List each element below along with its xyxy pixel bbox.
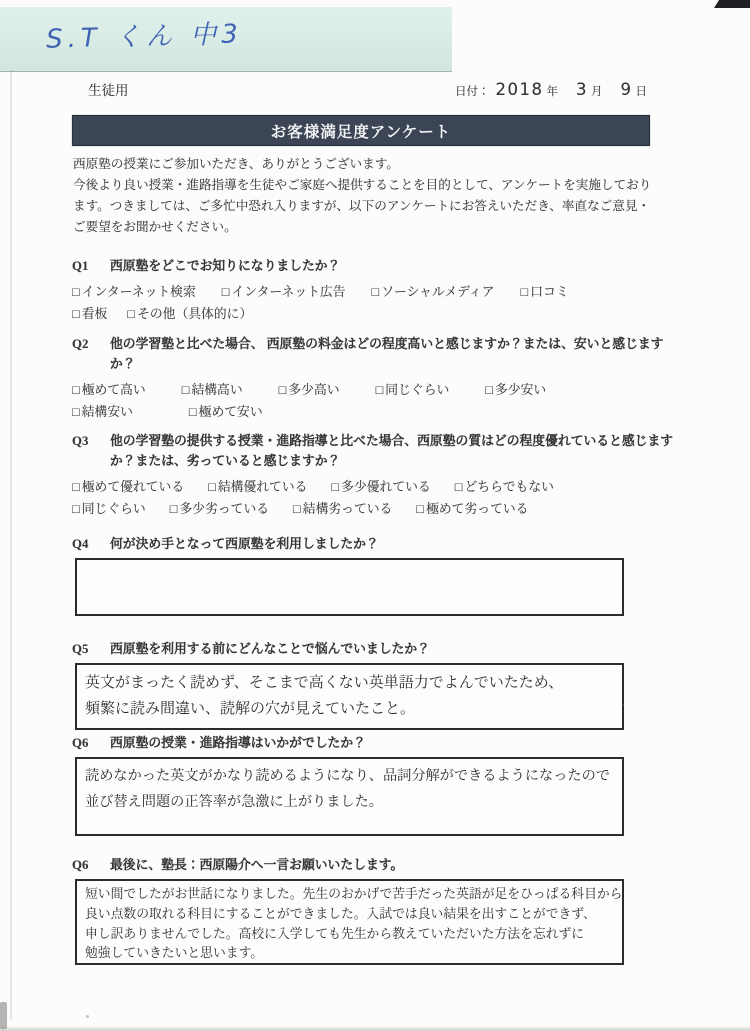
- option-row: □結構安い □極めて安い: [72, 401, 654, 423]
- answer-line: 並び替え問題の正答率が急激に上がりました。: [85, 789, 614, 815]
- intro-line: 今後より良い授業・進路指導を生徒やご家庭へ提供することを目的として、アンケートを…: [73, 175, 651, 196]
- option-label: 結構安い: [82, 401, 133, 423]
- checkbox-icon: □: [416, 498, 424, 520]
- option-quite-superior: □結構優れている: [208, 476, 307, 498]
- intro-line: 西原塾の授業にご参加いただき、ありがとうございます。: [73, 154, 651, 175]
- option-label: 極めて優れている: [82, 476, 184, 498]
- intro-line: ます。つきましては、ご多忙中恐れ入りますが、以下のアンケートにお答えいただき、率…: [73, 196, 651, 217]
- option-label: 多少優れている: [341, 476, 431, 498]
- option-extremely-cheap: □極めて安い: [189, 401, 263, 423]
- option-label: 口コミ: [530, 281, 568, 303]
- question-number: Q5: [72, 639, 110, 659]
- option-neither: □どちらでもない: [455, 476, 554, 498]
- question-final-message: Q6 最後に、塾長：西原陽介へ一言お願いいたします。 短い間でしたがお世話になり…: [72, 855, 654, 965]
- option-social-media: □ソーシャルメディア: [372, 281, 495, 303]
- question-heading: Q1 西原塾をどこでお知りになりましたか？: [72, 256, 654, 276]
- checkbox-icon: □: [208, 476, 216, 498]
- date-month-unit: 月: [591, 83, 603, 99]
- question-text: 西原塾をどこでお知りになりましたか？: [110, 256, 340, 276]
- answer-line: 英文がまったく読めず、そこまで高くない英単語力でよんでいたため、: [85, 669, 614, 695]
- checkbox-icon: □: [127, 303, 135, 325]
- option-word-of-mouth: □口コミ: [521, 281, 569, 303]
- date-year-unit: 年: [547, 83, 559, 99]
- question-q6: Q6 西原塾の授業・進路指導はいかがでしたか？ 読めなかった英文がかなり読めるよ…: [72, 733, 654, 836]
- question-heading: Q6 西原塾の授業・進路指導はいかがでしたか？: [72, 733, 654, 753]
- survey-title-banner: お客様満足度アンケート: [72, 115, 650, 146]
- option-label: 極めて劣っている: [426, 498, 528, 520]
- question-text: 他の学習塾の提供する授業・進路指導と比べた場合、西原塾の質はどの程度優れていると…: [110, 431, 673, 451]
- date-year-value: 2018: [496, 80, 544, 99]
- option-label: ソーシャルメディア: [381, 281, 494, 303]
- checkbox-icon: □: [485, 379, 493, 401]
- date-day-value: 9: [621, 80, 633, 99]
- name-tape: S.T くん 中3: [0, 7, 452, 72]
- option-label: 同じぐらい: [82, 498, 146, 520]
- intro-paragraph: 西原塾の授業にご参加いただき、ありがとうございます。 今後より良い授業・進路指導…: [73, 154, 651, 238]
- option-extremely-inferior: □極めて劣っている: [416, 498, 528, 520]
- option-row: □看板 □その他（具体的に）: [72, 303, 654, 325]
- scan-smudge: [0, 1002, 7, 1029]
- scan-speck: [622, 704, 624, 706]
- question-q2: Q2 他の学習塾と比べた場合、 西原塾の料金はどの程度高いと感じますか？または、…: [72, 334, 654, 423]
- option-internet-ad: □インターネット広告: [222, 281, 346, 303]
- option-quite-cheap: □結構安い: [72, 401, 133, 423]
- option-internet-search: □インターネット検索: [72, 281, 196, 303]
- checkbox-icon: □: [372, 281, 380, 303]
- question-text: 西原塾を利用する前にどんなことで悩んでいましたか？: [110, 639, 430, 659]
- answer-box-q5: 英文がまったく読めず、そこまで高くない英単語力でよんでいたため、 頻繁に読み間違…: [75, 663, 624, 730]
- answer-box-final: 短い間でしたがお世話になりました。先生のおかげで苦手だった英語が足をひっぱる科目…: [75, 879, 624, 965]
- date-day-unit: 日: [636, 83, 648, 99]
- option-label: 結構高い: [191, 379, 242, 401]
- checkbox-icon: □: [72, 303, 80, 325]
- option-label: インターネット広告: [232, 281, 346, 303]
- answer-box-q6: 読めなかった英文がかなり読めるようになり、品詞分解ができるようになったので 並び…: [75, 757, 624, 836]
- option-about-same-price: □同じぐらい: [376, 379, 450, 401]
- checkbox-icon: □: [376, 379, 384, 401]
- option-label: 同じぐらい: [385, 379, 449, 401]
- option-other: □その他（具体的に）: [127, 303, 252, 325]
- option-somewhat-superior: □多少優れている: [331, 476, 430, 498]
- option-somewhat-cheap: □多少安い: [485, 379, 546, 401]
- question-q1: Q1 西原塾をどこでお知りになりましたか？ □インターネット検索 □インターネッ…: [72, 256, 654, 325]
- option-label: インターネット検索: [82, 281, 196, 303]
- option-row: □極めて優れている □結構優れている □多少優れている □どちらでもない: [72, 476, 654, 498]
- question-heading: Q6 最後に、塾長：西原陽介へ一言お願いいたします。: [72, 855, 654, 875]
- option-quite-inferior: □結構劣っている: [293, 498, 392, 520]
- checkbox-icon: □: [331, 476, 339, 498]
- answer-line: 良い点数の取れる科目にすることができました。入試では良い結果を出すことができず、: [85, 905, 614, 925]
- scan-corner-artifact: [714, 0, 750, 8]
- option-label: どちらでもない: [464, 476, 553, 498]
- answer-line: 勉強していきたいと思います。: [85, 944, 614, 964]
- checkbox-icon: □: [189, 401, 197, 423]
- answer-line: 短い間でしたがお世話になりました。先生のおかげで苦手だった英語が足をひっぱる科目…: [85, 885, 614, 905]
- checkbox-icon: □: [72, 476, 80, 498]
- option-label: 結構劣っている: [303, 498, 393, 520]
- option-somewhat-inferior: □多少劣っている: [170, 498, 269, 520]
- option-label: 多少高い: [288, 379, 339, 401]
- date-month-value: 3: [576, 80, 588, 99]
- question-heading: Q4 何が決め手となって西原塾を利用しましたか？: [72, 534, 654, 554]
- answer-box-q4: [75, 558, 624, 616]
- date-label: 日付：: [455, 83, 490, 99]
- option-label: 看板: [82, 303, 108, 325]
- answer-line: 読めなかった英文がかなり読めるようになり、品詞分解ができるようになったので: [85, 763, 614, 789]
- checkbox-icon: □: [170, 498, 178, 520]
- option-extremely-superior: □極めて優れている: [72, 476, 184, 498]
- checkbox-icon: □: [182, 379, 190, 401]
- checkbox-icon: □: [72, 498, 80, 520]
- option-extremely-expensive: □極めて高い: [72, 379, 146, 401]
- question-number: Q3: [72, 431, 110, 471]
- checkbox-icon: □: [72, 379, 80, 401]
- question-text: か？または、劣っていると感じますか？: [110, 451, 673, 471]
- intro-line: ご要望をお聞かせください。: [73, 217, 651, 238]
- option-row: □インターネット検索 □インターネット広告 □ソーシャルメディア □口コミ: [72, 281, 654, 303]
- question-number: Q6: [72, 733, 110, 753]
- checkbox-icon: □: [521, 281, 529, 303]
- question-number: Q4: [72, 534, 110, 554]
- option-row: □極めて高い □結構高い □多少高い □同じぐらい □多少安い: [72, 379, 654, 401]
- option-quite-expensive: □結構高い: [182, 379, 243, 401]
- option-label: 結構優れている: [218, 476, 308, 498]
- question-text: 他の学習塾と比べた場合、 西原塾の料金はどの程度高いと感じますか？または、安いと…: [110, 334, 663, 354]
- option-label: 多少劣っている: [179, 498, 269, 520]
- handwritten-name: S.T くん 中3: [46, 13, 244, 55]
- date-field: 日付： 2018 年 3 月 9 日: [455, 80, 647, 99]
- question-heading: Q3 他の学習塾の提供する授業・進路指導と比べた場合、西原塾の質はどの程度優れて…: [72, 431, 654, 471]
- checkbox-icon: □: [222, 281, 230, 303]
- answer-line: 頻繁に読み間違い、読解の穴が見えていたこと。: [85, 695, 614, 721]
- question-text: 最後に、塾長：西原陽介へ一言お願いいたします。: [110, 855, 403, 875]
- checkbox-icon: □: [72, 401, 80, 423]
- checkbox-icon: □: [293, 498, 301, 520]
- option-about-same-quality: □同じぐらい: [72, 498, 146, 520]
- question-heading: Q2 他の学習塾と比べた場合、 西原塾の料金はどの程度高いと感じますか？または、…: [72, 334, 654, 374]
- option-signboard: □看板: [72, 303, 107, 325]
- option-label: その他（具体的に）: [137, 303, 252, 325]
- question-text: 西原塾の授業・進路指導はいかがでしたか？: [110, 733, 366, 753]
- checkbox-icon: □: [279, 379, 287, 401]
- question-q3: Q3 他の学習塾の提供する授業・進路指導と比べた場合、西原塾の質はどの程度優れて…: [72, 431, 654, 520]
- question-text: 何が決め手となって西原塾を利用しましたか？: [110, 534, 379, 554]
- scan-speck: [86, 1015, 89, 1018]
- audience-label: 生徒用: [88, 79, 129, 99]
- survey-title: お客様満足度アンケート: [271, 120, 452, 142]
- question-number: Q2: [72, 334, 110, 374]
- scanned-survey-page: S.T くん 中3 生徒用 日付： 2018 年 3 月 9 日 お客様満足度ア…: [0, 0, 750, 1031]
- answer-line: 申し訳ありませんでした。高校に入学しても先生から教えていただいた方法を忘れずに: [85, 925, 614, 945]
- question-q5: Q5 西原塾を利用する前にどんなことで悩んでいましたか？ 英文がまったく読めず、…: [72, 639, 654, 730]
- question-number: Q6: [72, 855, 110, 875]
- option-label: 極めて高い: [82, 379, 146, 401]
- scan-edge-line: [10, 70, 12, 1020]
- option-somewhat-expensive: □多少高い: [279, 379, 340, 401]
- question-text: か？: [110, 354, 663, 374]
- option-label: 多少安い: [495, 379, 546, 401]
- question-heading: Q5 西原塾を利用する前にどんなことで悩んでいましたか？: [72, 639, 654, 659]
- checkbox-icon: □: [72, 281, 80, 303]
- question-q4: Q4 何が決め手となって西原塾を利用しましたか？: [72, 534, 654, 616]
- option-label: 極めて安い: [199, 401, 263, 423]
- question-number: Q1: [72, 256, 110, 276]
- option-row: □同じぐらい □多少劣っている □結構劣っている □極めて劣っている: [72, 498, 654, 520]
- scan-bottom-shadow: [0, 1026, 750, 1031]
- checkbox-icon: □: [455, 476, 463, 498]
